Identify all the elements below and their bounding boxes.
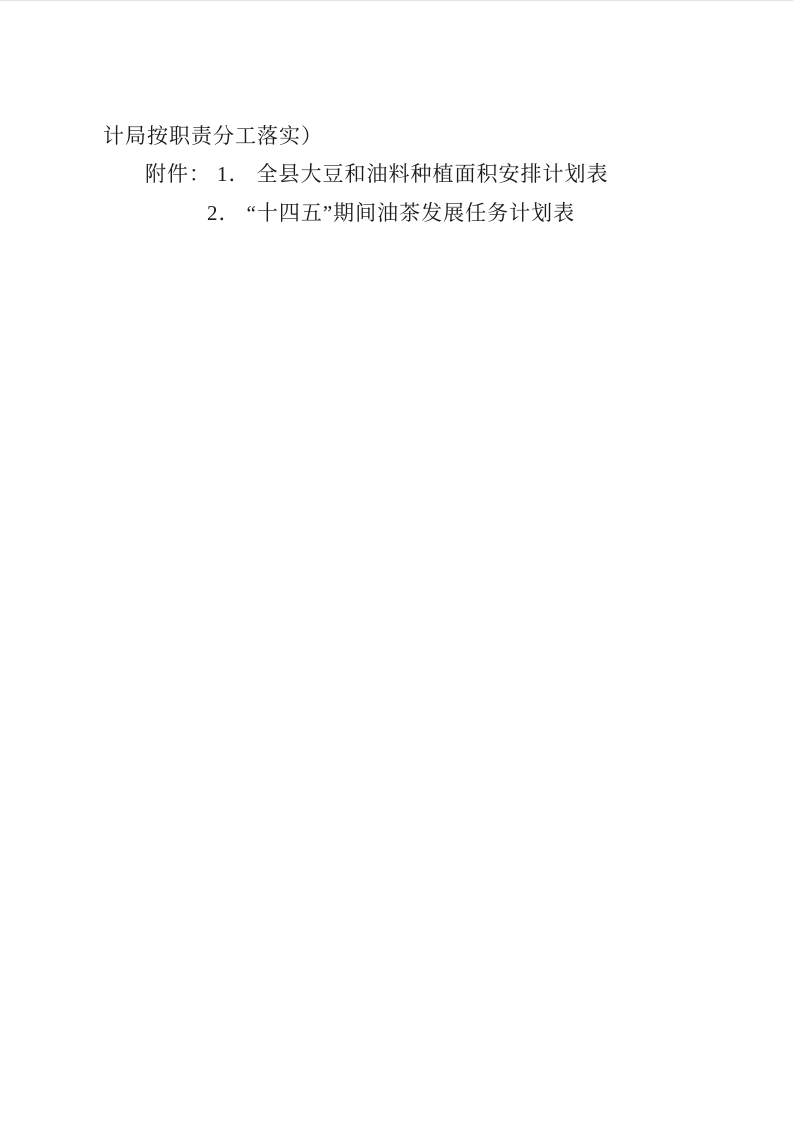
attachments-label: 附件： <box>145 162 211 186</box>
attachment-2-number: 2． <box>207 201 241 225</box>
paragraph-continuation: 计局按职责分工落实） <box>103 126 323 147</box>
attachment-1-title: 全县大豆和油料种植面积安排计划表 <box>257 162 609 186</box>
attachment-list-item-2: 2．“十四五”期间油茶发展任务计划表 <box>207 203 575 224</box>
page-top-edge <box>0 0 793 1</box>
document-page: 计局按职责分工落实） 附件：1．全县大豆和油料种植面积安排计划表 2．“十四五”… <box>0 0 793 1122</box>
attachment-2-title: “十四五”期间油茶发展任务计划表 <box>247 201 576 225</box>
attachment-1-number: 1． <box>217 162 251 186</box>
attachment-list-item-1: 附件：1．全县大豆和油料种植面积安排计划表 <box>145 164 609 185</box>
continuation-text: 计局按职责分工落实） <box>103 124 323 148</box>
